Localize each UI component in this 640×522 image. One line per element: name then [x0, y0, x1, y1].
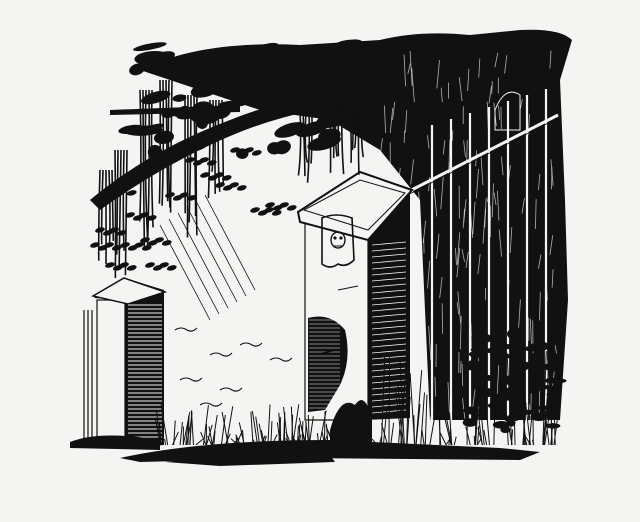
- right-gate-post: [298, 172, 412, 420]
- light-rays: [160, 195, 292, 406]
- left-gate-post: [84, 278, 165, 448]
- illustration: [0, 0, 640, 522]
